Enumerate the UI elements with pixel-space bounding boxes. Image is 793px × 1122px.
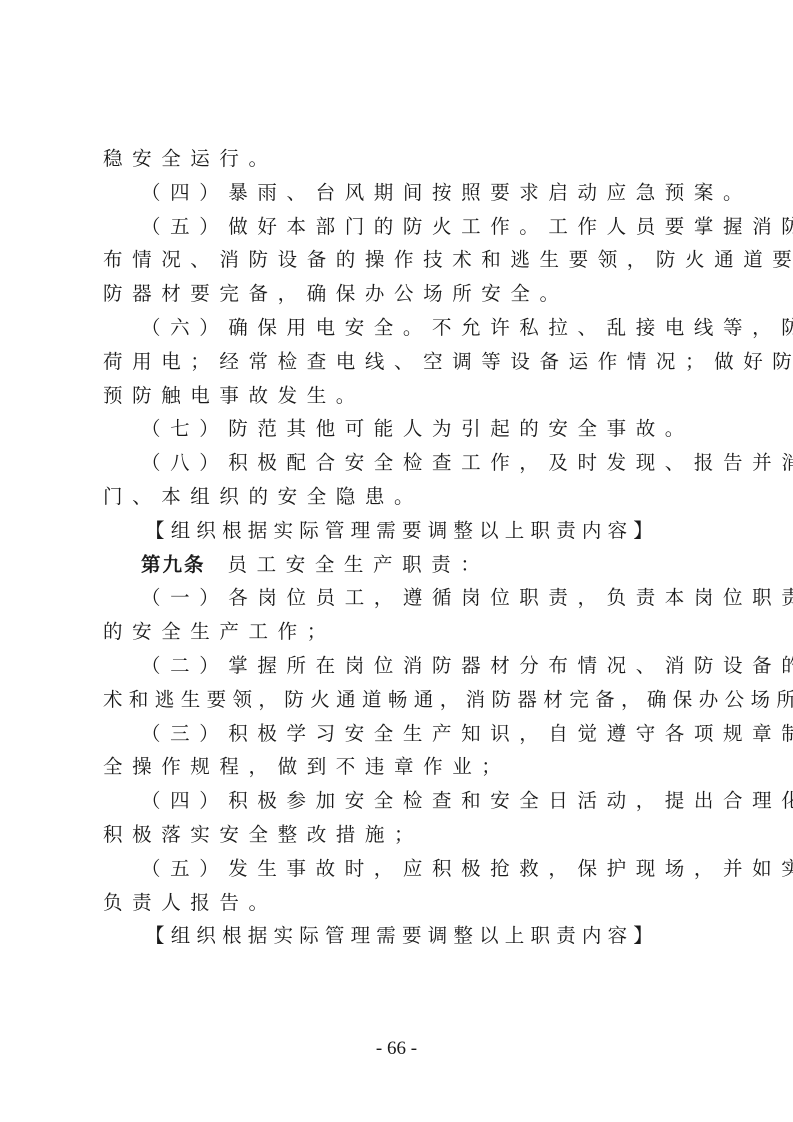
paragraph-line: 防器材要完备，确保办公场所安全。	[103, 277, 695, 311]
paragraph-line: 全操作规程，做到不违章作业；	[103, 750, 695, 784]
article-heading: 第九条员工安全生产职责：	[103, 548, 695, 582]
adjustment-note: 【组织根据实际管理需要调整以上职责内容】	[103, 919, 695, 953]
article-title: 员工安全生产职责：	[228, 553, 490, 576]
paragraph-line: （七）防范其他可能人为引起的安全事故。	[103, 412, 695, 446]
paragraph-line: （五）做好本部门的防火工作。工作人员要掌握消防器材分	[103, 210, 695, 244]
page-number: - 66 -	[0, 1038, 793, 1060]
paragraph-line: （一）各岗位员工，遵循岗位职责，负责本岗位职责范围内	[103, 581, 695, 615]
paragraph-line: 预防触电事故发生。	[103, 379, 695, 413]
paragraph-line: 的安全生产工作；	[103, 615, 695, 649]
paragraph-line: 门、本组织的安全隐患。	[103, 480, 695, 514]
paragraph-line: （六）确保用电安全。不允许私拉、乱接电线等，防止超负	[103, 311, 695, 345]
paragraph-line: （八）积极配合安全检查工作，及时发现、报告并消除本部	[103, 446, 695, 480]
paragraph-line: 荷用电；经常检查电线、空调等设备运作情况；做好防范措施，	[103, 345, 695, 379]
document-body: 稳安全运行。 （四）暴雨、台风期间按照要求启动应急预案。 （五）做好本部门的防火…	[103, 142, 695, 953]
paragraph-line: 稳安全运行。	[103, 142, 695, 176]
paragraph-line: 术和逃生要领，防火通道畅通，消防器材完备，确保办公场所安全；	[103, 683, 695, 717]
adjustment-note: 【组织根据实际管理需要调整以上职责内容】	[103, 514, 695, 548]
paragraph-line: 积极落实安全整改措施；	[103, 818, 695, 852]
article-number: 第九条	[141, 553, 206, 576]
paragraph-line: 布情况、消防设备的操作技术和逃生要领，防火通道要畅通，消	[103, 243, 695, 277]
paragraph-line: 负责人报告。	[103, 886, 695, 920]
paragraph-line: （二）掌握所在岗位消防器材分布情况、消防设备的操作技	[103, 649, 695, 683]
paragraph-line: （五）发生事故时，应积极抢救，保护现场，并如实向有关	[103, 852, 695, 886]
paragraph-line: （四）暴雨、台风期间按照要求启动应急预案。	[103, 176, 695, 210]
paragraph-line: （四）积极参加安全检查和安全日活动，提出合理化建议，	[103, 784, 695, 818]
paragraph-line: （三）积极学习安全生产知识，自觉遵守各项规章制度及安	[103, 717, 695, 751]
